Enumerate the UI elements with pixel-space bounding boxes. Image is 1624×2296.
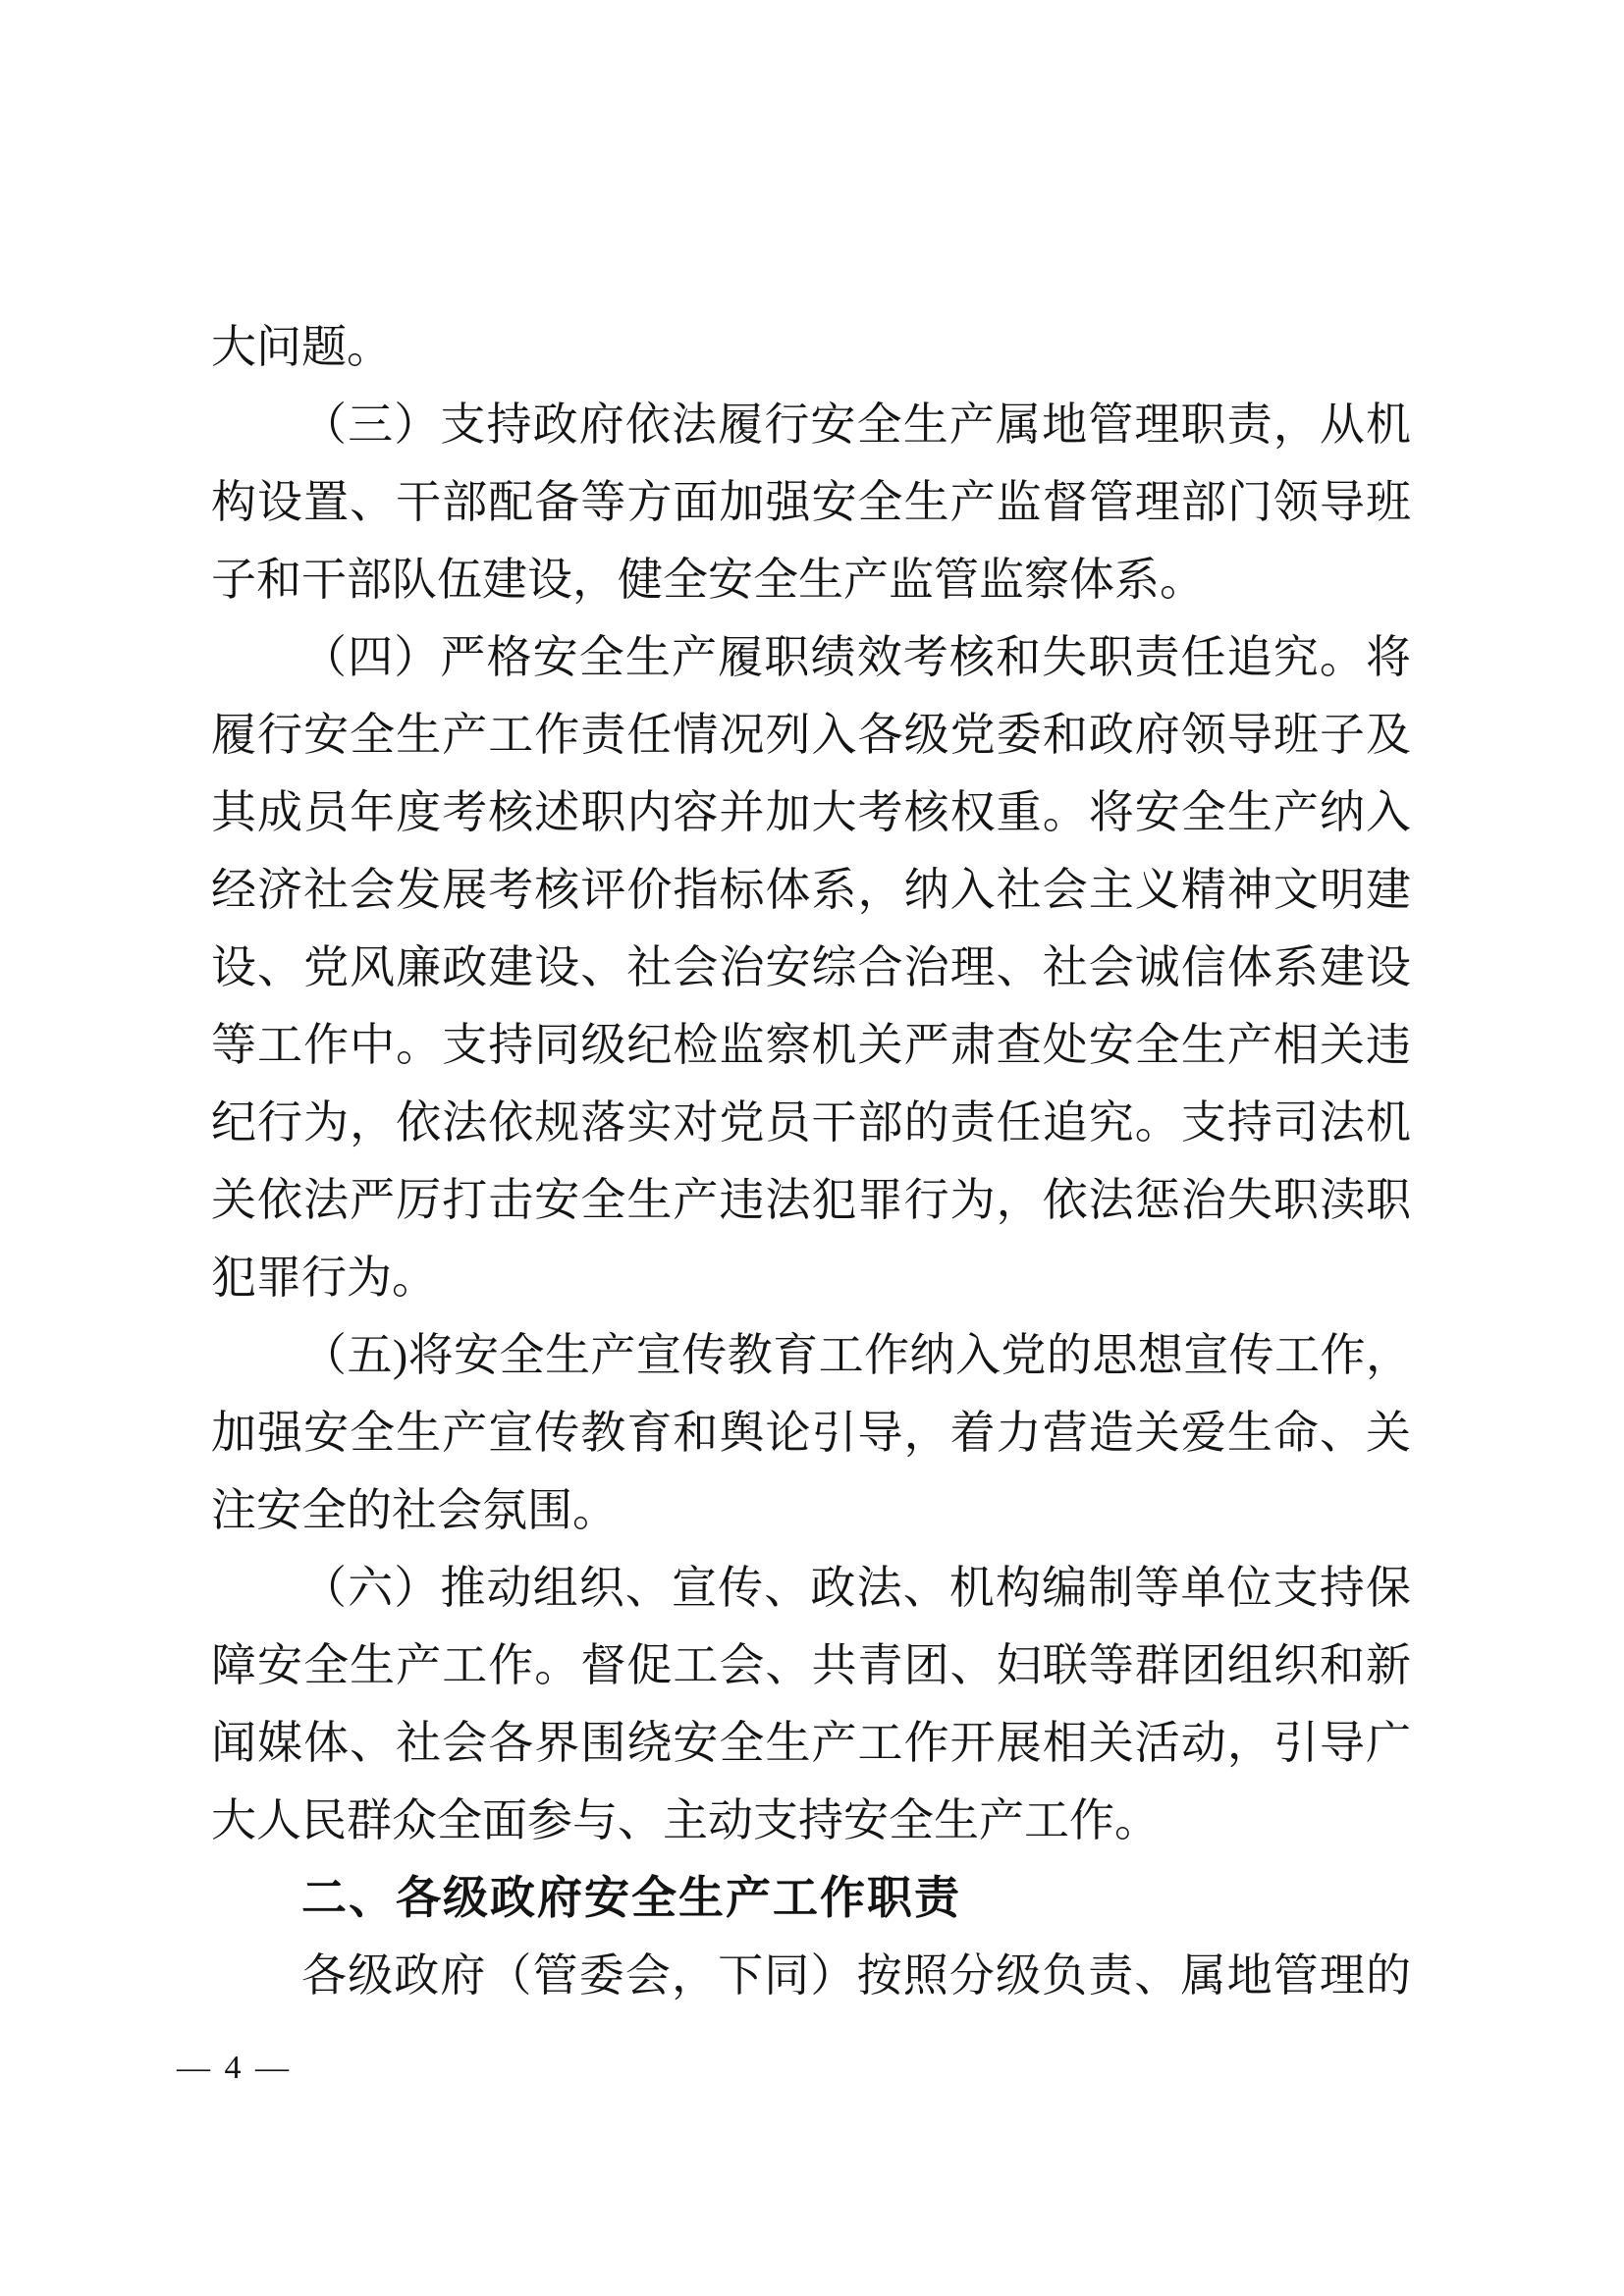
text-line: 子和干部队伍建设，健全安全生产监管监察体系。 [211, 541, 1411, 618]
document-body: 大问题。 （三）支持政府依法履行安全生产属地管理职责，从机 构设置、干部配备等方… [211, 308, 1411, 2014]
text-line: 注安全的社会氛围。 [211, 1471, 1411, 1549]
text-line: 闻媒体、社会各界围绕安全生产工作开展相关活动，引导广 [211, 1704, 1411, 1782]
text-line: （五)将安全生产宣传教育工作纳入党的思想宣传工作， [211, 1316, 1411, 1394]
text-line: 履行安全生产工作责任情况列入各级党委和政府领导班子及 [211, 696, 1411, 774]
text-line: 设、党风廉政建设、社会治安综合治理、社会诚信体系建设 [211, 929, 1411, 1006]
text-line: 大问题。 [211, 308, 1411, 386]
text-line: （三）支持政府依法履行安全生产属地管理职责，从机 [211, 386, 1411, 463]
text-line: 各级政府（管委会，下同）按照分级负责、属地管理的 [211, 1937, 1411, 2014]
text-line: 其成员年度考核述职内容并加大考核权重。将安全生产纳入 [211, 774, 1411, 851]
text-line: （四）严格安全生产履职绩效考核和失职责任追究。将 [211, 618, 1411, 696]
text-line: 纪行为，依法依规落实对党员干部的责任追究。支持司法机 [211, 1084, 1411, 1161]
text-line: 经济社会发展考核评价指标体系，纳入社会主义精神文明建 [211, 851, 1411, 929]
page-number: — 4 — [177, 2048, 292, 2089]
text-line: （六）推动组织、宣传、政法、机构编制等单位支持保 [211, 1549, 1411, 1627]
text-line: 关依法严厉打击安全生产违法犯罪行为，依法惩治失职渎职 [211, 1161, 1411, 1239]
text-line: 等工作中。支持同级纪检监察机关严肃查处安全生产相关违 [211, 1006, 1411, 1084]
text-line: 加强安全生产宣传教育和舆论引导，着力营造关爱生命、关 [211, 1394, 1411, 1471]
text-line: 大人民群众全面参与、主动支持安全生产工作。 [211, 1782, 1411, 1859]
text-line: 构设置、干部配备等方面加强安全生产监督管理部门领导班 [211, 463, 1411, 541]
section-heading: 二、各级政府安全生产工作职责 [211, 1859, 1411, 1937]
text-line: 障安全生产工作。督促工会、共青团、妇联等群团组织和新 [211, 1627, 1411, 1704]
text-line: 犯罪行为。 [211, 1239, 1411, 1316]
document-page: 大问题。 （三）支持政府依法履行安全生产属地管理职责，从机 构设置、干部配备等方… [0, 0, 1624, 2296]
